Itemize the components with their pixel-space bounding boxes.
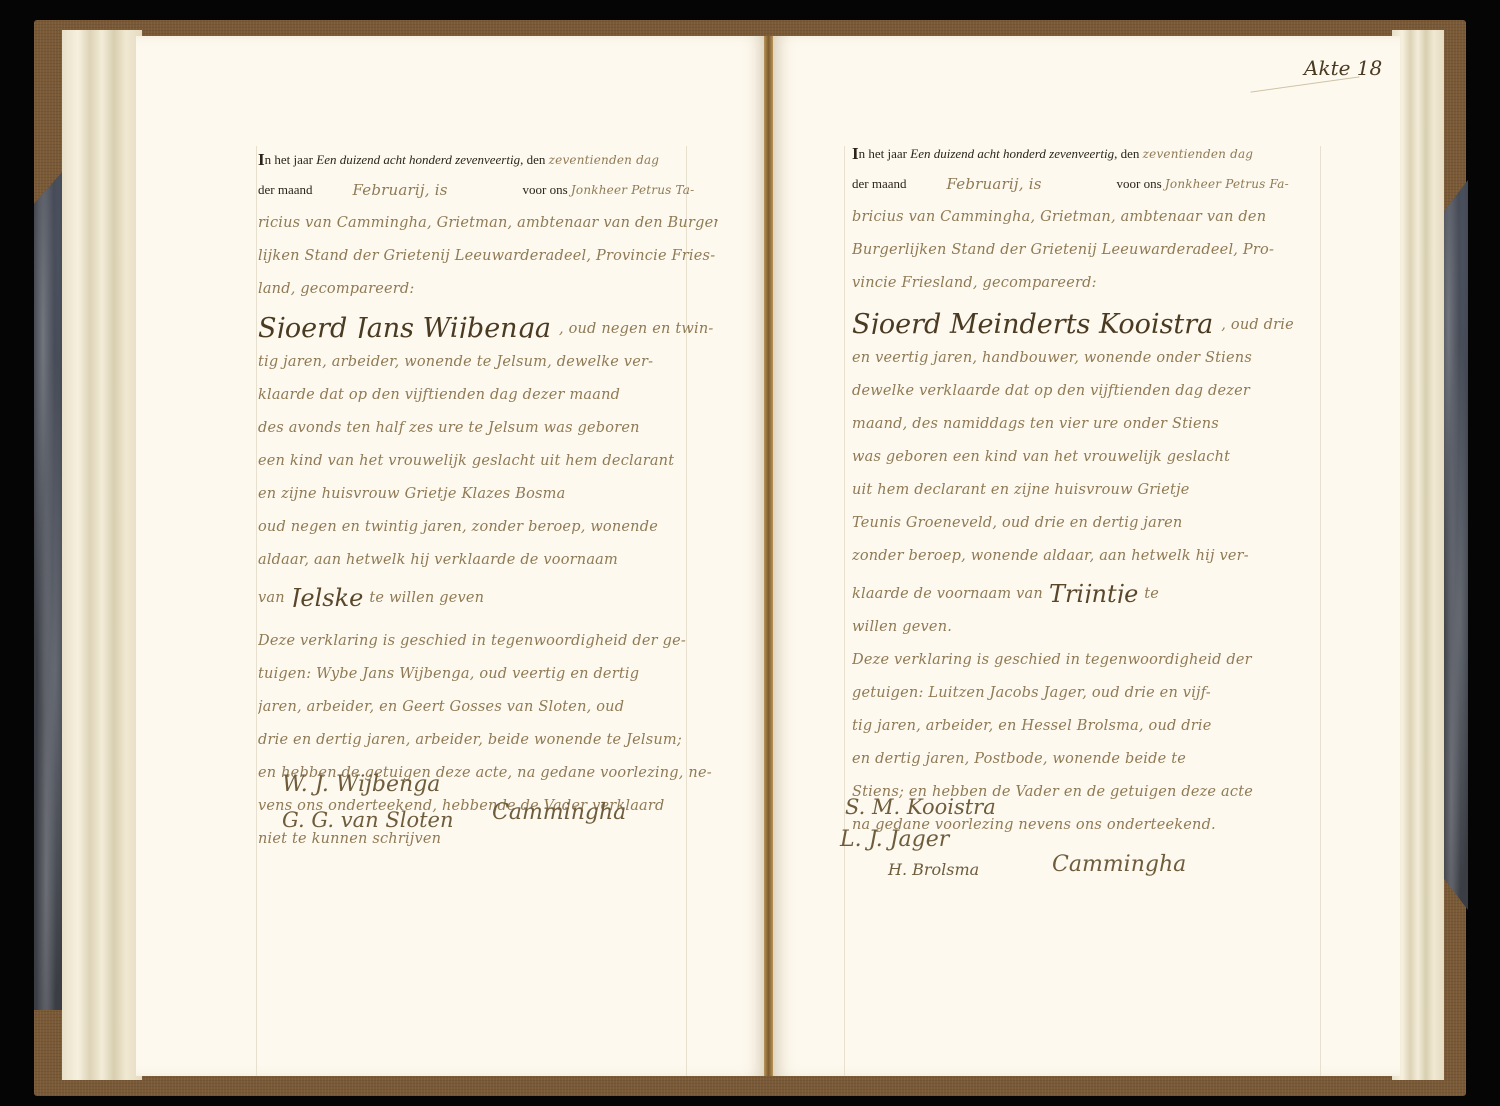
book-gutter bbox=[764, 36, 773, 1076]
header-line-2: der maand Februarij, is voor ons Jonkhee… bbox=[852, 163, 1322, 193]
printed-text: n het jaar bbox=[265, 151, 313, 169]
text-line: was geboren een kind van het vrouwelijk … bbox=[852, 433, 1322, 466]
signature-witness-2: G. G. van Sloten bbox=[282, 808, 453, 832]
handwritten-text: des avonds ten half zes ure te Jelsum wa… bbox=[258, 419, 640, 437]
signature-witness-1: L. J. Jager bbox=[840, 827, 949, 852]
handwritten-text: aldaar, aan hetwelk hij verklaarde de vo… bbox=[258, 551, 618, 569]
handwritten-text: ricius van Cammingha, Grietman, ambtenaa… bbox=[258, 214, 718, 232]
handwritten-month: Februarij, is bbox=[353, 181, 523, 199]
text-line: ricius van Cammingha, Grietman, ambtenaa… bbox=[258, 199, 718, 232]
handwritten-text: zonder beroep, wonende aldaar, aan hetwe… bbox=[852, 547, 1249, 565]
drop-initial: I bbox=[852, 145, 859, 163]
page-stack-left bbox=[62, 30, 142, 1080]
handwritten-text: en zijne huisvrouw Grietje Klazes Bosma bbox=[258, 485, 565, 503]
handwritten-text: tig jaren, arbeider, en Hessel Brolsma, … bbox=[852, 717, 1212, 735]
handwritten-text: , oud negen en twin- bbox=[559, 320, 714, 338]
text-line: Deze verklaring is geschied in tegenwoor… bbox=[852, 636, 1322, 669]
handwritten-text: getuigen: Luitzen Jacobs Jager, oud drie… bbox=[852, 684, 1211, 702]
handwritten-text: maand, des namiddags ten vier ure onder … bbox=[852, 415, 1219, 433]
handwritten-month: Februarij, is bbox=[947, 175, 1117, 193]
text-line: en zijne huisvrouw Grietje Klazes Bosma bbox=[258, 470, 718, 503]
handwritten-day: zeventienden dag bbox=[1143, 145, 1254, 163]
handwritten-text: niet te kunnen schrijven bbox=[258, 830, 441, 848]
handwritten-text: klaarde dat op den vijftienden dag dezer… bbox=[258, 386, 620, 404]
declarant-line: Sjoerd Jans Wijbenga , oud negen en twin… bbox=[258, 298, 718, 338]
text-line: en veertig jaren, handbouwer, wonende on… bbox=[852, 334, 1322, 367]
handwritten-day: zeventienden dag bbox=[549, 151, 660, 169]
handwritten-text: oud negen en twintig jaren, zonder beroe… bbox=[258, 518, 658, 536]
handwritten-text: willen geven. bbox=[852, 618, 952, 636]
text-line: bricius van Cammingha, Grietman, ambtena… bbox=[852, 193, 1322, 226]
signature-witness-2: H. Brolsma bbox=[888, 860, 979, 879]
printed-text: n het jaar bbox=[859, 145, 907, 163]
handwritten-text: een kind van het vrouwelijk geslacht uit… bbox=[258, 452, 674, 470]
printed-text: der maand bbox=[852, 175, 907, 193]
header-line-1: I n het jaar Een duizend acht honderd ze… bbox=[258, 150, 718, 169]
handwritten-text: Burgerlijken Stand der Grietenij Leeuwar… bbox=[852, 241, 1274, 259]
text-line: aldaar, aan hetwelk hij verklaarde de vo… bbox=[258, 536, 718, 569]
handwritten-text: Teunis Groeneveld, oud drie en dertig ja… bbox=[852, 514, 1182, 532]
handwritten-text: bricius van Cammingha, Grietman, ambtena… bbox=[852, 208, 1266, 226]
handwritten-text: vincie Friesland, gecompareerd: bbox=[852, 274, 1097, 292]
margin-rule bbox=[844, 146, 845, 1076]
signature-official: Cammingha bbox=[1052, 852, 1186, 877]
text-line: tig jaren, arbeider, wonende te Jelsum, … bbox=[258, 338, 718, 371]
handwritten-text: Deze verklaring is geschied in tegenwoor… bbox=[258, 632, 686, 650]
text-line: en dertig jaren, Postbode, wonende beide… bbox=[852, 735, 1322, 768]
text-line: oud negen en twintig jaren, zonder beroe… bbox=[258, 503, 718, 536]
handwritten-official: Jonkheer Petrus Ta- bbox=[571, 181, 695, 199]
text-line: Burgerlijken Stand der Grietenij Leeuwar… bbox=[852, 226, 1322, 259]
printed-text: der maand bbox=[258, 181, 313, 199]
text-line: een kind van het vrouwelijk geslacht uit… bbox=[258, 437, 718, 470]
printed-text: , den bbox=[520, 151, 545, 169]
handwritten-text: tig jaren, arbeider, wonende te Jelsum, … bbox=[258, 353, 653, 371]
text-line: drie en dertig jaren, arbeider, beide wo… bbox=[258, 716, 718, 749]
text-line: uit hem declarant en zijne huisvrouw Gri… bbox=[852, 466, 1322, 499]
marbled-endpaper-right bbox=[1440, 180, 1468, 910]
text-line: klaarde dat op den vijftienden dag dezer… bbox=[258, 371, 718, 404]
child-name-line: klaarde de voornaam van Trijntje te bbox=[852, 565, 1322, 603]
handwritten-text: klaarde de voornaam van bbox=[852, 585, 1043, 603]
handwritten-text: , oud drie bbox=[1221, 316, 1294, 334]
text-line: vincie Friesland, gecompareerd: bbox=[852, 259, 1322, 292]
text-line: maand, des namiddags ten vier ure onder … bbox=[852, 400, 1322, 433]
signature-witness-1: W. J. Wijbenga bbox=[282, 772, 440, 797]
text-line: land, gecompareerd: bbox=[258, 265, 718, 298]
text-line: Deze verklaring is geschied in tegenwoor… bbox=[258, 617, 718, 650]
handwritten-text: te willen geven bbox=[369, 589, 484, 607]
declarant-name: Sjoerd Jans Wijbenga bbox=[258, 320, 551, 338]
handwritten-text: jaren, arbeider, en Geert Gosses van Slo… bbox=[258, 698, 624, 716]
text-line: getuigen: Luitzen Jacobs Jager, oud drie… bbox=[852, 669, 1322, 702]
printed-text: voor ons bbox=[1117, 175, 1162, 193]
header-line-2: der maand Februarij, is voor ons Jonkhee… bbox=[258, 169, 718, 199]
handwritten-text: van bbox=[258, 589, 285, 607]
printed-text: , den bbox=[1114, 145, 1139, 163]
text-line: willen geven. bbox=[852, 603, 1322, 636]
marbled-endpaper-left bbox=[34, 170, 64, 1010]
handwritten-text: tuigen: Wybe Jans Wijbenga, oud veertig … bbox=[258, 665, 639, 683]
handwritten-text: te bbox=[1144, 585, 1159, 603]
drop-initial: I bbox=[258, 151, 265, 169]
text-line: dewelke verklaarde dat op den vijftiende… bbox=[852, 367, 1322, 400]
child-name: Jelske bbox=[291, 589, 364, 607]
handwritten-text: en veertig jaren, handbouwer, wonende on… bbox=[852, 349, 1252, 367]
handwritten-text: Deze verklaring is geschied in tegenwoor… bbox=[852, 651, 1252, 669]
folio-number: Akte 18 bbox=[1304, 56, 1382, 80]
handwritten-text: land, gecompareerd: bbox=[258, 280, 415, 298]
handwritten-text: was geboren een kind van het vrouwelijk … bbox=[852, 448, 1230, 466]
handwritten-text: uit hem declarant en zijne huisvrouw Gri… bbox=[852, 481, 1190, 499]
printed-year: Een duizend acht honderd zevenveertig bbox=[910, 145, 1114, 163]
text-line: Teunis Groeneveld, oud drie en dertig ja… bbox=[852, 499, 1322, 532]
header-line-1: I n het jaar Een duizend acht honderd ze… bbox=[852, 144, 1322, 163]
signature-declarant: S. M. Kooistra bbox=[845, 795, 996, 819]
signature-official: Cammingha bbox=[492, 800, 626, 825]
left-certificate: I n het jaar Een duizend acht honderd ze… bbox=[258, 150, 718, 848]
right-certificate: I n het jaar Een duizend acht honderd ze… bbox=[852, 144, 1322, 834]
handwritten-official: Jonkheer Petrus Fa- bbox=[1165, 175, 1289, 193]
handwritten-text: drie en dertig jaren, arbeider, beide wo… bbox=[258, 731, 682, 749]
declarant-line: Sjoerd Meinderts Kooistra , oud drie bbox=[852, 292, 1322, 334]
handwritten-text: en dertig jaren, Postbode, wonende beide… bbox=[852, 750, 1186, 768]
child-name-line: van Jelske te willen geven bbox=[258, 569, 718, 607]
handwritten-text: lijken Stand der Grietenij Leeuwarderade… bbox=[258, 247, 715, 265]
child-name: Trijntje bbox=[1049, 585, 1138, 603]
text-line: tig jaren, arbeider, en Hessel Brolsma, … bbox=[852, 702, 1322, 735]
text-line: tuigen: Wybe Jans Wijbenga, oud veertig … bbox=[258, 650, 718, 683]
handwritten-text: dewelke verklaarde dat op den vijftiende… bbox=[852, 382, 1250, 400]
margin-rule bbox=[256, 146, 257, 1076]
text-line: zonder beroep, wonende aldaar, aan hetwe… bbox=[852, 532, 1322, 565]
text-line: lijken Stand der Grietenij Leeuwarderade… bbox=[258, 232, 718, 265]
printed-text: voor ons bbox=[523, 181, 568, 199]
text-line: des avonds ten half zes ure te Jelsum wa… bbox=[258, 404, 718, 437]
text-line: jaren, arbeider, en Geert Gosses van Slo… bbox=[258, 683, 718, 716]
declarant-name: Sjoerd Meinderts Kooistra bbox=[852, 316, 1213, 334]
printed-year: Een duizend acht honderd zevenveertig bbox=[316, 151, 520, 169]
